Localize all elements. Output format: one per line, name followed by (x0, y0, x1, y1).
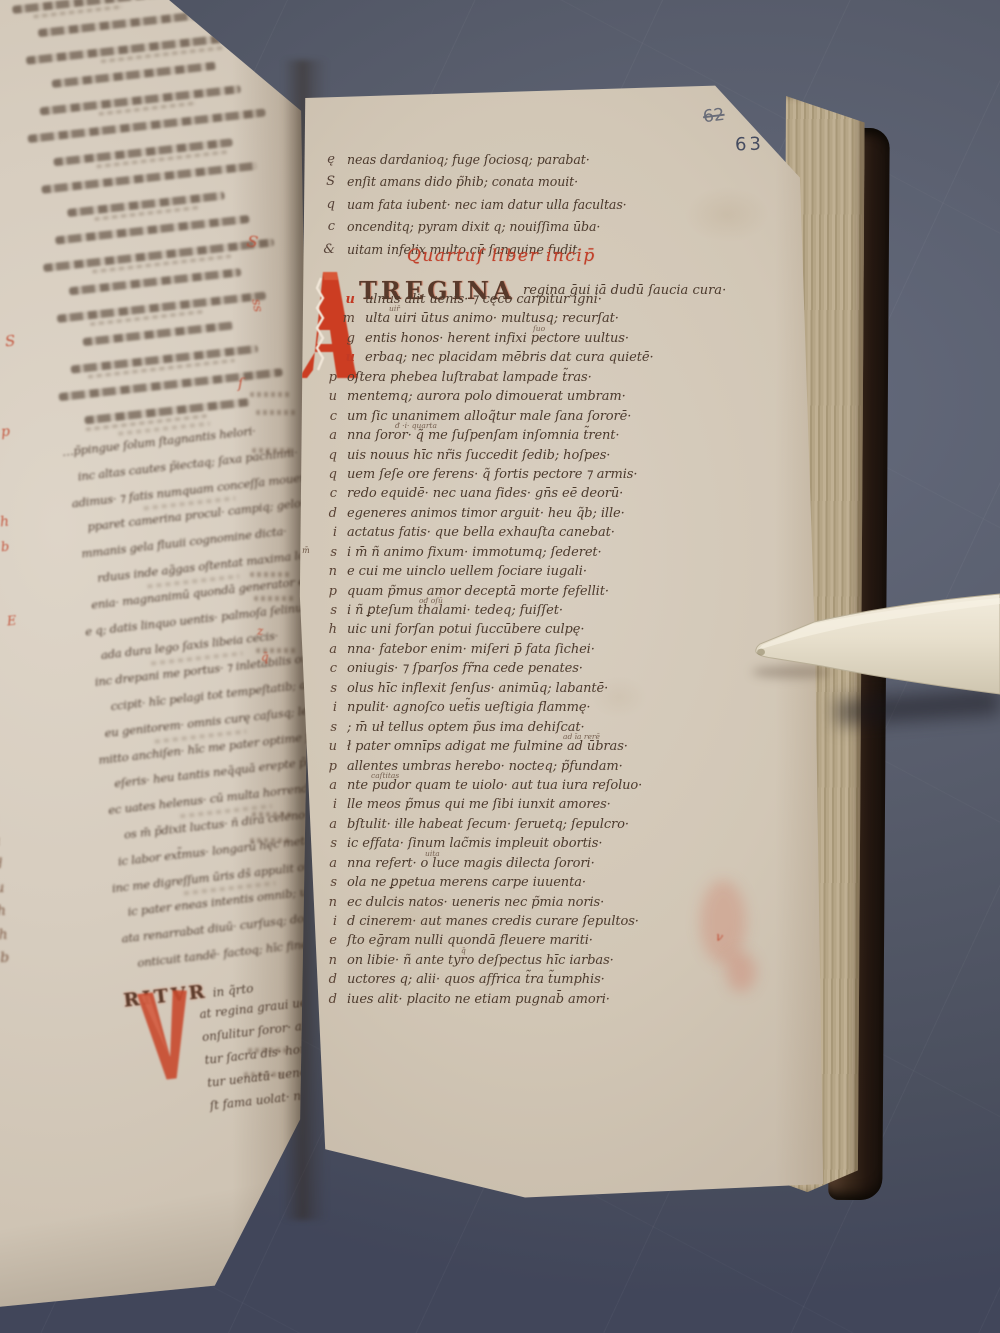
verse-text: uis nouus hīc nr̃is ſuccedit ſedib; hoſp… (347, 448, 610, 463)
verse-line: quem ſeſe ore ferens· q̃ fortis pectore … (295, 467, 835, 486)
marginal-initial: h (0, 899, 18, 924)
verse-text: enſit amans dido p̃hib; conata mouit· (347, 174, 578, 189)
verse-initial: g (339, 331, 355, 346)
interlinear-gloss: ođ oſū (419, 596, 443, 605)
verse-initial: n (321, 953, 337, 968)
verse-text: e cui me uinclo uellem ſociare iugali· (347, 564, 587, 579)
marginal-initial: e (0, 666, 1, 691)
verse-line: sola ne ꝑpetua merens carpe iuuenta· (295, 875, 835, 894)
verse-line: abſtulit· ille habeat ſecum· ſeruetq; ſe… (295, 817, 835, 836)
red-gloss-mark: ss (248, 298, 265, 314)
verse-text: ic effata· ſinum lac̃mis impleuit oborti… (347, 836, 602, 851)
verse-text: um ſic unanimem alloq̃tur male ſana ſoro… (347, 409, 631, 424)
interlinear-gloss: caſtitas (371, 771, 399, 780)
red-initial-V (132, 984, 200, 1086)
verse-text: ulta uiri ūtus animo· multusq; recurſat· (365, 311, 619, 326)
interlinear-gloss: q̄ (461, 946, 466, 955)
marginal-initial: u (0, 689, 3, 714)
verse-text: redo equidē· nec uana fides· gn̄s eē deo… (347, 486, 623, 501)
verse-text: uic uni forſan potui ſuccūbere culpę· (347, 622, 584, 637)
verse-initial: n (321, 895, 337, 910)
marginal-initial: h (0, 923, 19, 948)
verse-line: anna refert· o luce magis dilecta ſorori… (295, 856, 835, 875)
verse-initial: u (339, 350, 355, 365)
verse-line: credo equidē· nec uana fides· gn̄s eē de… (295, 486, 835, 505)
verse-text: entis honos· herent infixi pectore uultu… (365, 331, 629, 346)
verse-initial: a (321, 642, 337, 657)
verse-line: ante pudor quam te uiolo· aut tua iura r… (295, 778, 835, 797)
verse-initial: s (321, 681, 337, 696)
verse-initial: i (321, 797, 337, 812)
verse-initial: s (321, 836, 337, 851)
marginal-initial: e (0, 713, 5, 738)
marginal-initial: b (0, 759, 8, 784)
verse-initial: c (321, 661, 337, 676)
red-gloss-mark: q̄ (261, 650, 269, 664)
argument-incipit-rest: in q̃rto (212, 981, 254, 999)
verse-initial: u (339, 292, 355, 307)
verse-text: egeneres animos timor arguit· heu q̃b; i… (347, 506, 625, 521)
verse-text: iues alit· placito ne etiam pugnab̄ amor… (347, 992, 610, 1007)
verse-text: olus hīc inflexit ſenſus· animūq; labant… (347, 681, 608, 696)
verse-line: iactatus fatis· que bella exhauſta caneb… (295, 525, 835, 544)
verse-initial: d (321, 972, 337, 987)
verse-initial: s (321, 545, 337, 560)
verse-text: neas dardanioq; fuge ſociosq; parabat· (347, 152, 590, 167)
verse-text: nna refert· o luce magis dilecta ſorori· (347, 856, 595, 871)
verse-initial: q (321, 448, 337, 463)
verse-initial: s (321, 720, 337, 735)
verse-line: poſtera phebea luſtrabat lampade t̃ras· (295, 370, 835, 389)
folio-number-crossed-out: 62 (702, 105, 726, 127)
verse-initial: e (321, 933, 337, 948)
verse-line: quis nouus hīc nr̃is ſuccedit ſedib; hoſ… (295, 448, 835, 467)
marginal-initial: u (0, 876, 16, 901)
verse-text: ; m̄ uł tellus optem p̃us ima dehiſcat· (347, 720, 585, 735)
marginal-initial: a (0, 783, 10, 808)
verse-line: uulnus alit uenis· ⁊ cęco carpitur igni· (295, 292, 835, 311)
verse-text: bſtulit· ille habeat ſecum· ſeruetq; ſep… (347, 817, 629, 832)
verse-text: on libie· ñ ante tyro deſpectus hīc iarb… (347, 953, 614, 968)
rubric-quartus-liber-incipit: Quartuſ liber incip̄ (407, 246, 596, 266)
verse-initial: n (321, 564, 337, 579)
verse-initial: i (321, 525, 337, 540)
verse-initial: c (321, 486, 337, 501)
verse-initial: ę (319, 152, 335, 167)
verse-initial: a (321, 778, 337, 793)
interlinear-gloss: ad īa rerē (563, 732, 600, 741)
marginal-gloss-stroke (244, 1072, 284, 1077)
verse-text: lle meos p̃mus qui me ſibi iunxit amores… (347, 797, 611, 812)
verse-text: ſto eḡram nulli quondā fleuere mariti· (347, 933, 593, 948)
verse-line: sic effata· ſinum lac̃mis impleuit obort… (295, 836, 835, 855)
red-gloss-mark: ſ (238, 376, 243, 392)
verse-line: diues alit· placito ne etiam pugnab̄ amo… (295, 992, 835, 1011)
red-gloss-mark: z (257, 624, 263, 638)
verse-initial: c (321, 409, 337, 424)
marginal-initial: h (0, 736, 6, 761)
verse-initial: u (321, 389, 337, 404)
verse-initial: d (321, 992, 337, 1007)
interlinear-gloss: đ ·i· quarta (395, 421, 437, 430)
left-page-marginal-initials: iaaeuehbahaduhhb (0, 596, 21, 971)
verse-text: uctores q; alii· quos affrica t̃ra t̃ump… (347, 972, 605, 987)
verse-text: i ñ ꝑteſum thalami· tedeq; fuiſſet· (347, 603, 563, 618)
marginal-gloss-stroke (248, 1048, 288, 1053)
verse-initial: q (319, 197, 335, 212)
folio-number: 63 (735, 134, 765, 156)
verse-initial: s (321, 875, 337, 890)
verse-initial: a (321, 856, 337, 871)
verse-initial: S (319, 174, 335, 189)
verse-text: quam p̃mus amor deceptā morte fefellit· (347, 584, 609, 599)
verse-text: d cinerem· aut manes credis curare ſepul… (347, 914, 639, 929)
verse-line: degeneres animos timor arguit· heu q̃b; … (295, 506, 835, 525)
verse-text: erbaq; nec placidam mēbris dat cura quie… (365, 350, 654, 365)
bone-stylus (742, 572, 1000, 712)
verse-text: actatus fatis· que bella exhauſta caneba… (347, 525, 615, 540)
red-pigment-smudge (726, 952, 756, 992)
verse-line: gentis honos· herent infixi pectore uult… (295, 331, 835, 350)
verse-initial: m (339, 311, 355, 326)
verse-initial: d (321, 506, 337, 521)
verse-text: ola ne ꝑpetua merens carpe iuuenta· (347, 875, 586, 890)
verse-initial: p (321, 370, 337, 385)
verse-line: eſto eḡram nulli quondā fleuere mariti· (295, 933, 835, 952)
verse-text: ec dulcis natos· ueneris nec p̃mia noris… (347, 895, 604, 910)
red-gloss-mark: h (0, 514, 10, 531)
verse-text: ulnus alit uenis· ⁊ cęco carpitur igni· (365, 292, 602, 307)
verse-text: nna ſoror· q̃ me ſuſpenſam inſomnia t̃re… (347, 428, 619, 443)
verse-initial: & (319, 242, 335, 257)
verse-line: id cinerem· aut manes credis curare ſepu… (295, 914, 835, 933)
verse-line: uł pater omnīps adigat me fulmine ad ūbr… (295, 739, 835, 758)
marginal-initial: b (0, 946, 21, 971)
verse-initial: s (321, 603, 337, 618)
verse-line: umentemq; aurora polo dimouerat umbram· (295, 389, 835, 408)
verse-text: uem ſeſe ore ferens· q̃ fortis pectore ⁊… (347, 467, 637, 482)
verse-text: nna· fatebor enim· miſeri p̄ fata ſichei… (347, 642, 595, 657)
verse-line: cum ſic unanimem alloq̃tur male ſana ſor… (295, 409, 835, 428)
marginal-initial: h (0, 806, 11, 831)
verse-initial: a (321, 428, 337, 443)
verse-initial: i (321, 700, 337, 715)
verse-text: mentemq; aurora polo dimouerat umbram· (347, 389, 626, 404)
left-page-bottom-shading (0, 1130, 322, 1320)
verse-text: ł pater omnīps adigat me fulmine ad ūbra… (347, 739, 628, 754)
red-gloss-mark: p (0, 424, 11, 441)
verse-text: oncenditq; pyram dixit q; nouiſſima ūba· (347, 219, 600, 234)
verse-line: multa uiri ūtus animo· multusq; recurſat… (295, 311, 835, 330)
verse-initial: p (321, 759, 337, 774)
verse-initial: q (321, 467, 337, 482)
verse-text: nte pudor quam te uiolo· aut tua iura re… (347, 778, 642, 793)
interlinear-gloss: uita (425, 849, 440, 858)
left-page: …p̃pingue ſolum ſtagnantis helori·inc al… (0, 0, 322, 1320)
interlinear-gloss: uir̄ (389, 304, 400, 313)
marginal-initial: a (0, 829, 13, 854)
red-gloss-mark: S (4, 332, 16, 351)
verse-initial: a (321, 817, 337, 832)
verse-line: ille meos p̃mus qui me ſibi iunxit amore… (295, 797, 835, 816)
verse-text: oniugis· ⁊ ſparſos fr̃na cede penates· (347, 661, 583, 676)
red-gloss-mark: b (0, 540, 10, 556)
manuscript-photo: …p̃pingue ſolum ſtagnantis helori·inc al… (0, 0, 1000, 1333)
verse-line: si m̄ ñ animo fixum· immotumq; ſederet·ł… (295, 545, 835, 564)
verse-text: npulit· agnoſco uet̃is ueſtigia flammę· (347, 700, 590, 715)
interlinear-gloss: ſuo (533, 324, 545, 333)
verse-initial: c (319, 219, 335, 234)
verse-text: oſtera phebea luſtrabat lampade t̃ras· (347, 370, 592, 385)
verse-line: anna ſoror· q̃ me ſuſpenſam inſomnia t̃r… (295, 428, 835, 447)
verse-text: i m̄ ñ animo fixum· immotumq; ſederet· (347, 545, 602, 560)
verse-initial: p (321, 584, 337, 599)
verse-initial: i (321, 914, 337, 929)
marginal-initial: d (0, 853, 15, 878)
verse-text: uam fata iubent· nec iam datur ulla facu… (347, 197, 627, 212)
verse-initial: h (321, 622, 337, 637)
verse-line: uerbaq; nec placidam mēbris dat cura qui… (295, 350, 835, 369)
verse-initial: u (321, 739, 337, 754)
verse-line: nec dulcis natos· ueneris nec p̃mia nori… (295, 895, 835, 914)
red-gloss-mark: E (6, 614, 17, 630)
